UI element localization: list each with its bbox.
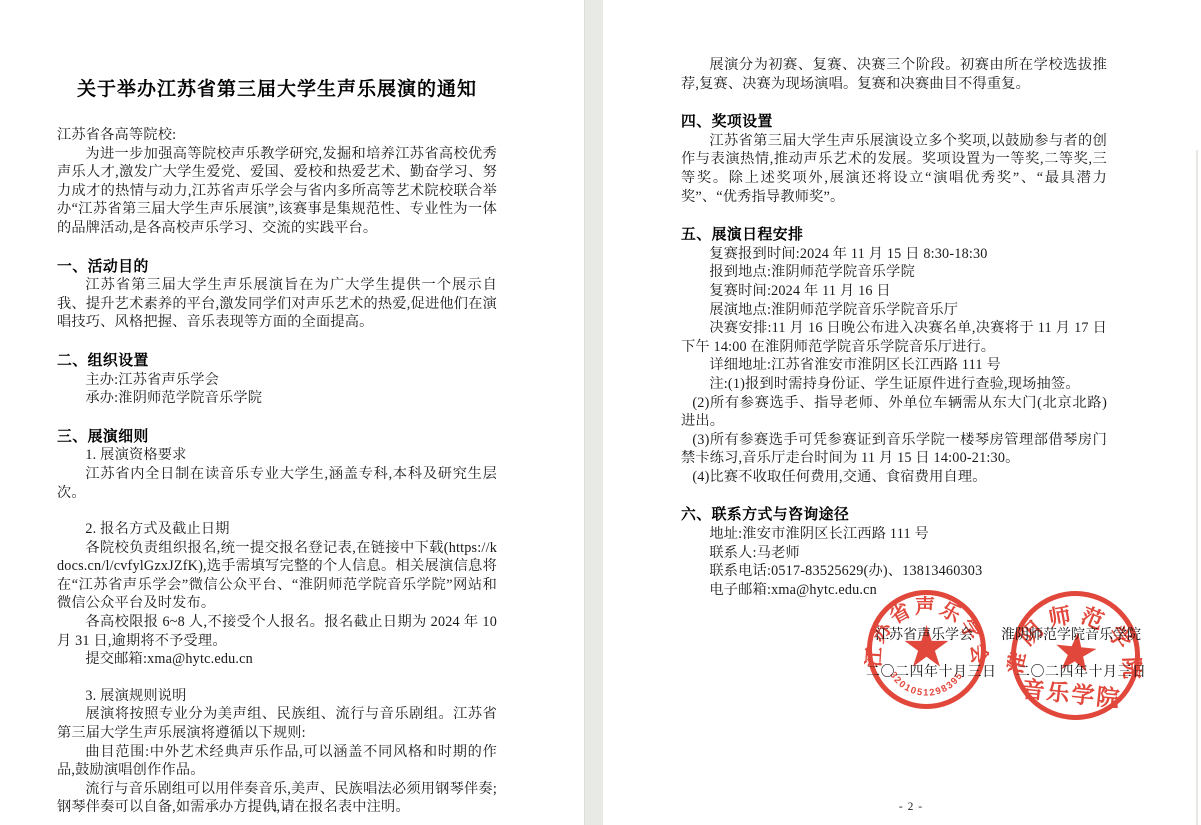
text-line: 复赛报到时间:2024 年 11 月 15 日 8:30-18:30 xyxy=(681,245,1107,264)
section-heading: 六、联系方式与咨询途径 xyxy=(681,506,1107,525)
text-line: 曲目范围:中外艺术经典声乐作品,可以涵盖不同风格和时期的作品,鼓励演唱创作作品。 xyxy=(57,743,497,780)
page-separator xyxy=(584,0,605,825)
signature-date-right: 二〇二四年十月三日 xyxy=(1016,661,1147,681)
text-line: 地址:淮安市淮阴区长江西路 111 号 xyxy=(681,525,1107,544)
page-1: 关于举办江苏省第三届大学生声乐展演的通知江苏省各高等院校:为进一步加强高等院校声… xyxy=(0,0,584,825)
text-line: (4)比赛不收取任何费用,交通、食宿费用自理。 xyxy=(681,468,1107,487)
text-line: 江苏省第三届大学生声乐展演设立多个奖项,以鼓励参与者的创作与表演热情,推动声乐艺… xyxy=(681,132,1107,206)
text-line: 江苏省各高等院校: xyxy=(57,126,497,145)
text-line: (3)所有参赛选手可凭参赛证到音乐学院一楼琴房管理部借琴房门禁卡练习,音乐厅走台… xyxy=(681,431,1107,468)
text-line: 3. 展演规则说明 xyxy=(57,687,497,706)
text-line: 各院校负责组织报名,统一提交报名登记表,在链接中下载(https://kdocs… xyxy=(57,539,497,613)
red-seal-stamp-left: 江苏省声乐学会 3201051298395 xyxy=(864,587,989,712)
text-line: 江苏省内全日制在读音乐专业大学生,涵盖专科,本科及研究生层次。 xyxy=(57,465,497,502)
document-title: 关于举办江苏省第三届大学生声乐展演的通知 xyxy=(57,78,497,102)
signature-org-left: 江苏省声乐学会 xyxy=(875,624,973,644)
section-heading: 三、展演细则 xyxy=(57,428,497,447)
text-line: 复赛时间:2024 年 11 月 16 日 xyxy=(681,282,1107,301)
text-line: 决赛安排:11 月 16 日晚公布进入决赛名单,决赛将于 11 月 17 日下午… xyxy=(681,319,1107,356)
text-line: 联系电话:0517-83525629(办)、13813460303 xyxy=(681,562,1107,581)
section-heading: 二、组织设置 xyxy=(57,352,497,371)
page-2: 展演分为初赛、复赛、决赛三个阶段。初赛由所在学校选拔推荐,复赛、决赛为现场演唱。… xyxy=(603,0,1201,825)
text-line: 各高校限报 6~8 人,不接受个人报名。报名截止日期为 2024 年 10 月 … xyxy=(57,613,497,650)
text-line: 展演将按照专业分为美声组、民族组、流行与音乐剧组。江苏省第三届大学生声乐展演将遵… xyxy=(57,705,497,742)
text-line: 提交邮箱:xma@hytc.edu.cn xyxy=(57,650,497,669)
page-1-content: 关于举办江苏省第三届大学生声乐展演的通知江苏省各高等院校:为进一步加强高等院校声… xyxy=(57,78,497,817)
text-line: 展演地点:淮阴师范学院音乐学院音乐厅 xyxy=(681,301,1107,320)
section-heading: 一、活动目的 xyxy=(57,258,497,277)
section-heading: 五、展演日程安排 xyxy=(681,226,1107,245)
text-line: 主办:江苏省声乐学会 xyxy=(57,371,497,390)
viewport-edge-line xyxy=(1196,150,1198,825)
page-2-content: 展演分为初赛、复赛、决赛三个阶段。初赛由所在学校选拔推荐,复赛、决赛为现场演唱。… xyxy=(681,56,1107,599)
text-line: 承办:淮阴师范学院音乐学院 xyxy=(57,389,497,408)
text-line: 江苏省第三届大学生声乐展演旨在为广大学生提供一个展示自我、提升艺术素养的平台,激… xyxy=(57,276,497,332)
text-line: 注:(1)报到时需持身份证、学生证原件进行查验,现场抽签。 xyxy=(681,375,1107,394)
text-line: 1. 展演资格要求 xyxy=(57,446,497,465)
text-line: 联系人:马老师 xyxy=(681,544,1107,563)
red-seal-stamp-right: 淮阴师范学院 音乐学院 xyxy=(1001,581,1149,729)
section-heading: 四、奖项设置 xyxy=(681,113,1107,132)
text-line: 报到地点:淮阴师范学院音乐学院 xyxy=(681,263,1107,282)
text-line: 展演分为初赛、复赛、决赛三个阶段。初赛由所在学校选拔推荐,复赛、决赛为现场演唱。… xyxy=(681,56,1107,93)
text-line: 2. 报名方式及截止日期 xyxy=(57,520,497,539)
signature-org-right: 淮阴师范学院音乐学院 xyxy=(1001,624,1141,644)
signature-date-left: 二〇二四年十月三日 xyxy=(866,661,997,681)
text-line: 详细地址:江苏省淮安市淮阴区长江西路 111 号 xyxy=(681,356,1107,375)
text-line: (2)所有参赛选手、指导老师、外单位车辆需从东大门(北京北路)进出。 xyxy=(681,394,1107,431)
stamp-bottom-text: 音乐学院 xyxy=(1020,676,1122,712)
text-line: 为进一步加强高等院校声乐教学研究,发掘和培养江苏省高校优秀声乐人才,激发广大学生… xyxy=(57,145,497,238)
page-number: - 2 - xyxy=(681,801,1141,813)
page-number: - 1 - xyxy=(57,802,494,814)
document-viewer: 关于举办江苏省第三届大学生声乐展演的通知江苏省各高等院校:为进一步加强高等院校声… xyxy=(0,0,1201,825)
